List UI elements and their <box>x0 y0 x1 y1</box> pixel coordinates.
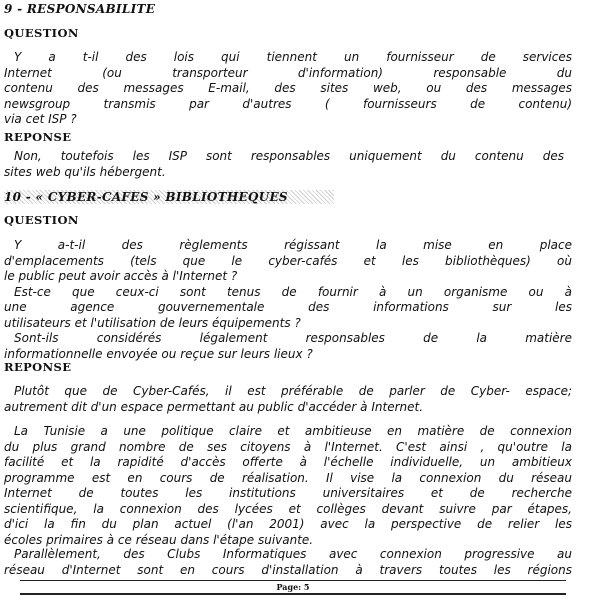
text-line: du plus grand nombre de ses citoyens à l… <box>4 440 572 456</box>
section-10-answer-label: REPONSE <box>4 360 71 374</box>
text-line: programme est en cours de réalisation. I… <box>4 471 572 487</box>
section-9-answer-label: REPONSE <box>4 130 71 144</box>
section-10-answer-paragraph-1: Plutôt que de Cyber-Cafés, il est préfér… <box>4 384 572 415</box>
section-10-question-text: Y a-t-il des règlements régissant la mis… <box>4 238 572 362</box>
text-line: contenu des messages E-mail, des sites w… <box>4 81 572 97</box>
text-line: écoles primaires à ce réseau dans l'étap… <box>4 533 572 549</box>
text-line: une agence gouvernementale des informati… <box>4 300 572 316</box>
text-line: le public peut avoir accès à l'Internet … <box>4 269 572 285</box>
text-line: Y a t-il des lois qui tiennent un fourni… <box>4 50 572 66</box>
text-line: facilité et la rapidité d'accès offerte … <box>4 455 572 471</box>
text-line: d'ici la fin du plan actuel (l'an 2001) … <box>4 517 572 533</box>
page-number: Page: 5 <box>0 582 586 592</box>
text-line: sites web qu'ils hébergent. <box>4 165 564 181</box>
section-10-question-label: QUESTION <box>4 213 79 227</box>
text-line: utilisateurs et l'utilisation de leurs é… <box>4 316 572 332</box>
section-9-question-text: Y a t-il des lois qui tiennent un fourni… <box>4 50 572 128</box>
text-line: scientifique, la connexion des lycées et… <box>4 502 572 518</box>
text-line: autrement dit d'un espace permettant au … <box>4 400 572 416</box>
section-10-answer-paragraph-3: Parallèlement, des Clubs Informatiques a… <box>4 547 572 578</box>
section-9-heading: 9 - RESPONSABILITE <box>4 2 155 16</box>
text-line: informationnelle envoyée ou reçue sur le… <box>4 347 572 363</box>
text-line: d'emplacements (tels que le cyber-cafés … <box>4 254 572 270</box>
section-10-answer-paragraph-2: La Tunisie a une politique claire et amb… <box>4 424 572 548</box>
text-line: Internet (ou transporteur d'information)… <box>4 66 572 82</box>
text-line: Y a-t-il des règlements régissant la mis… <box>4 238 572 254</box>
text-line: via cet ISP ? <box>4 112 572 128</box>
text-line: réseau d'Internet sont en cours d'instal… <box>4 563 572 579</box>
section-10-heading: 10 - « CYBER-CAFES » BIBLIOTHEQUES <box>4 190 334 204</box>
text-line: Internet de toutes les institutions univ… <box>4 486 572 502</box>
footer-top-rule <box>20 580 566 581</box>
text-line: Parallèlement, des Clubs Informatiques a… <box>4 547 572 563</box>
document-page: 9 - RESPONSABILITE QUESTION Y a t-il des… <box>0 0 600 600</box>
text-line: Sont-ils considérés légalement responsab… <box>4 331 572 347</box>
text-line: newsgroup transmis par d'autres ( fourni… <box>4 97 572 113</box>
text-line: Plutôt que de Cyber-Cafés, il est préfér… <box>4 384 572 400</box>
text-line: Non, toutefois les ISP sont responsables… <box>4 149 564 165</box>
text-line: Est-ce que ceux-ci sont tenus de fournir… <box>4 285 572 301</box>
section-9-question-label: QUESTION <box>4 26 79 40</box>
footer-bottom-rule <box>20 593 566 595</box>
section-9-answer-text: Non, toutefois les ISP sont responsables… <box>4 149 564 180</box>
text-line: La Tunisie a une politique claire et amb… <box>4 424 572 440</box>
